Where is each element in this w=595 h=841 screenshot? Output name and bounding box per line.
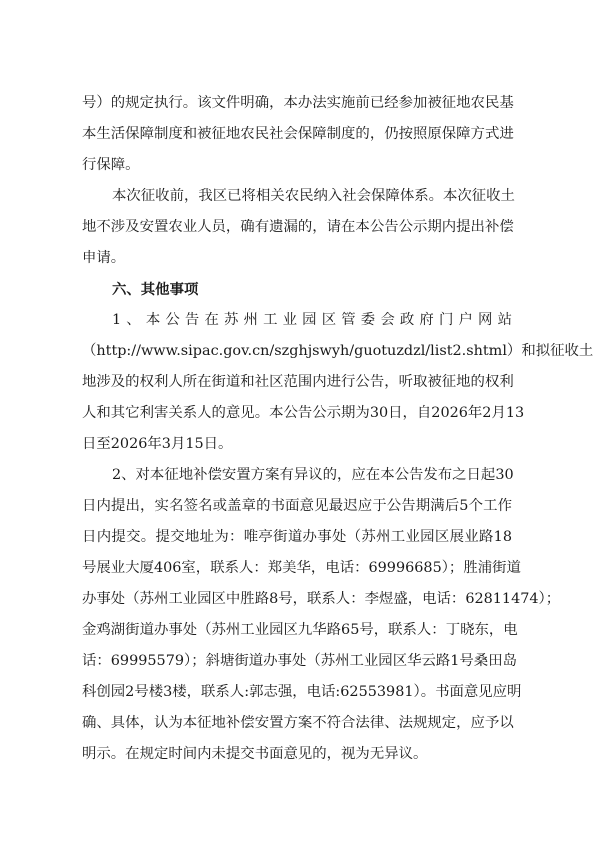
text-line: 本生活保障制度和被征地农民社会保障制度的，仍按照原保障方式进 xyxy=(82,119,512,150)
text-line: 日内提出，实名签名或盖章的书面意见最迟应于公告期满后5个工作 xyxy=(82,491,512,522)
text-line: 日内提交。提交地址为：唯亭街道办事处（苏州工业园区展业路18 xyxy=(82,522,512,553)
text-line: 科创园2号楼3楼，联系人:郭志强，电话:62553981）。书面意见应明 xyxy=(82,677,512,708)
item-1-announcement-venue: 1、本公告在苏州工业园区管委会政府门户网站 （http://www.sipac.… xyxy=(82,305,512,460)
paragraph-social-security-continuation: 号）的规定执行。该文件明确，本办法实施前已经参加被征地农民基 本生活保障制度和被… xyxy=(82,88,512,181)
url-line: （http://www.sipac.gov.cn/szghjswyh/guotu… xyxy=(82,336,512,367)
text-line: 人和其它利害关系人的意见。本公告公示期为30日，自2026年2月13 xyxy=(82,398,512,429)
text-line: 1、本公告在苏州工业园区管委会政府门户网站 xyxy=(82,305,512,336)
text-line: 申请。 xyxy=(82,243,512,274)
item-2-objection-procedure: 2、对本征地补偿安置方案有异议的，应在本公告发布之日起30 日内提出，实名签名或… xyxy=(82,460,512,770)
paragraph-social-security-system: 本次征收前，我区已将相关农民纳入社会保障体系。本次征收土 地不涉及安置农业人员，… xyxy=(82,181,512,274)
text-line: 办事处（苏州工业园区中胜路8号，联系人：李煜盛，电话：62811474）； xyxy=(82,584,512,615)
text-line: 地不涉及安置农业人员，确有遗漏的，请在本公告公示期内提出补偿 xyxy=(82,212,512,243)
section-heading: 六、其他事项 xyxy=(82,274,512,305)
text-line: 号）的规定执行。该文件明确，本办法实施前已经参加被征地农民基 xyxy=(82,88,512,119)
text-line: 2、对本征地补偿安置方案有异议的，应在本公告发布之日起30 xyxy=(82,460,512,491)
text-line: 地涉及的权利人所在街道和社区范围内进行公告，听取被征地的权利 xyxy=(82,367,512,398)
text-line: 行保障。 xyxy=(82,150,512,181)
text-line: 话：69995579）；斜塘街道办事处（苏州工业园区华云路1号桑田岛 xyxy=(82,646,512,677)
text-line: 号展业大厦406室，联系人：郑美华，电话：69996685）；胜浦街道 xyxy=(82,553,512,584)
text-line: 明示。在规定时间内未提交书面意见的，视为无异议。 xyxy=(82,739,512,770)
document-page: 号）的规定执行。该文件明确，本办法实施前已经参加被征地农民基 本生活保障制度和被… xyxy=(82,88,512,770)
text-line: 确、具体，认为本征地补偿安置方案不符合法律、法规规定，应予以 xyxy=(82,708,512,739)
text-line: 金鸡湖街道办事处（苏州工业园区九华路65号，联系人：丁晓东，电 xyxy=(82,615,512,646)
text-line: 日至2026年3月15日。 xyxy=(82,429,512,460)
text-line: 本次征收前，我区已将相关农民纳入社会保障体系。本次征收土 xyxy=(82,181,512,212)
